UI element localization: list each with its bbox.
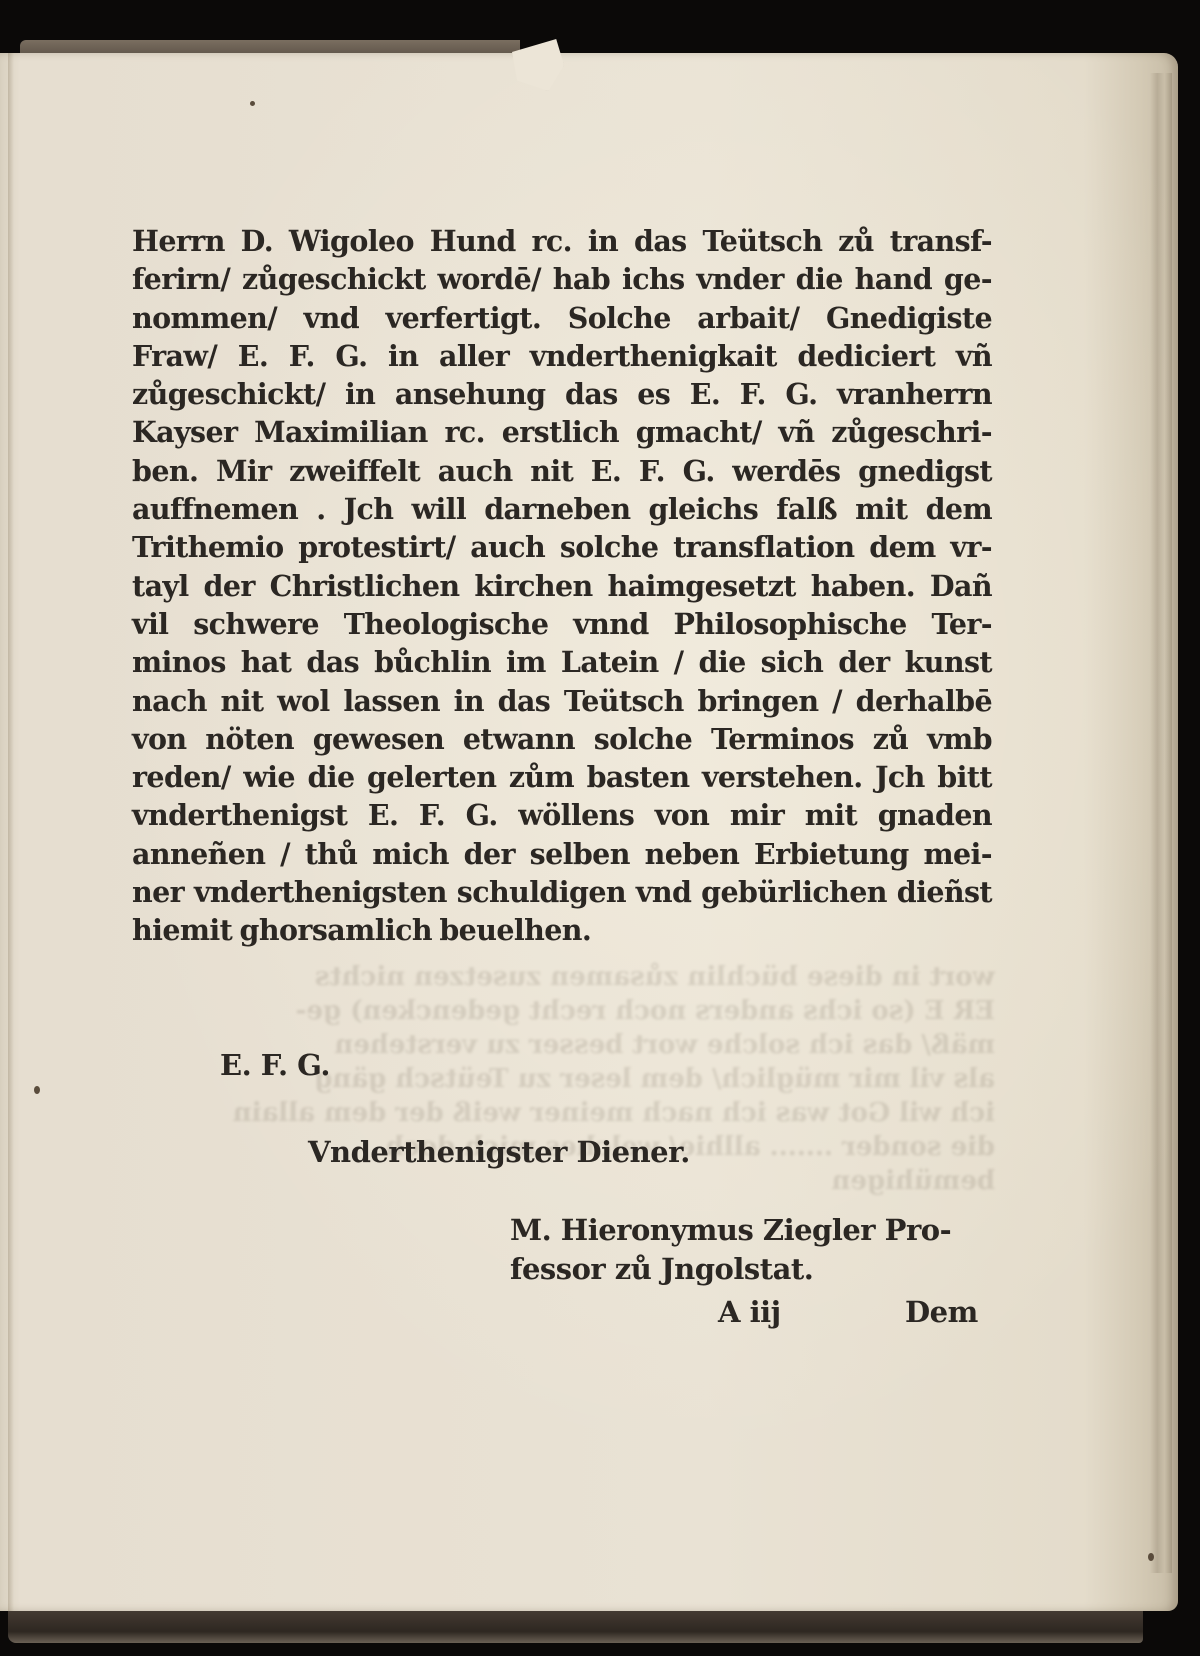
address-abbreviation: E. F. G. [220, 1048, 330, 1082]
servant-closing: Vnderthenigster Diener. [308, 1135, 690, 1169]
page-fore-edge [1150, 73, 1172, 1573]
text-line: Kayser Maximilian rc. erstlich gmacht/ v… [132, 413, 992, 451]
author-title-line: fessor zů Jngolstat. [510, 1252, 813, 1286]
text-line: hiemit ghorsamlich beuelhen. [132, 911, 992, 949]
signature-mark: A iij [718, 1295, 781, 1329]
text-line: vil schwere Theologische vnnd Philosophi… [132, 605, 992, 643]
author-name-line: M. Hieronymus Ziegler Pro- [510, 1213, 951, 1247]
text-line: ner vnderthenigsten schuldigen vnd gebür… [132, 873, 992, 911]
paper-speck [250, 101, 255, 106]
paper-speck [1148, 1553, 1154, 1561]
paper-speck [34, 1086, 40, 1094]
catchword: Dem [905, 1295, 978, 1329]
text-line: von nöten gewesen etwann solche Terminos… [132, 720, 992, 758]
text-line: auffnemen . Jch will darneben gleichs fa… [132, 490, 992, 528]
text-line: nach nit wol lassen in das Teütsch bring… [132, 682, 992, 720]
text-line: ferirn/ zůgeschickt wordē/ hab ichs vnde… [132, 260, 992, 298]
text-line: tayl der Christlichen kirchen haimgesetz… [132, 567, 992, 605]
text-line: ben. Mir zweiffelt auch nit E. F. G. wer… [132, 452, 992, 490]
text-line: minos hat das bůchlin im Latein / die si… [132, 643, 992, 681]
body-text: Herrn D. Wigoleo Hund rc. in das Teütsch… [132, 222, 992, 950]
text-line: vnderthenigst E. F. G. wöllens von mir m… [132, 796, 992, 834]
text-line: nommen/ vnd verfertigt. Solche arbait/ G… [132, 299, 992, 337]
text-line: Trithemio protestirt/ auch solche transf… [132, 528, 992, 566]
text-line: Herrn D. Wigoleo Hund rc. in das Teütsch… [132, 222, 992, 260]
page-gutter [8, 53, 14, 1611]
text-line: reden/ wie die gelerten zům basten verst… [132, 758, 992, 796]
text-line: anneñen / thů mich der selben neben Erbi… [132, 835, 992, 873]
text-line: zůgeschickt/ in ansehung das es E. F. G.… [132, 375, 992, 413]
text-line: Fraw/ E. F. G. in aller vnderthenigkait … [132, 337, 992, 375]
